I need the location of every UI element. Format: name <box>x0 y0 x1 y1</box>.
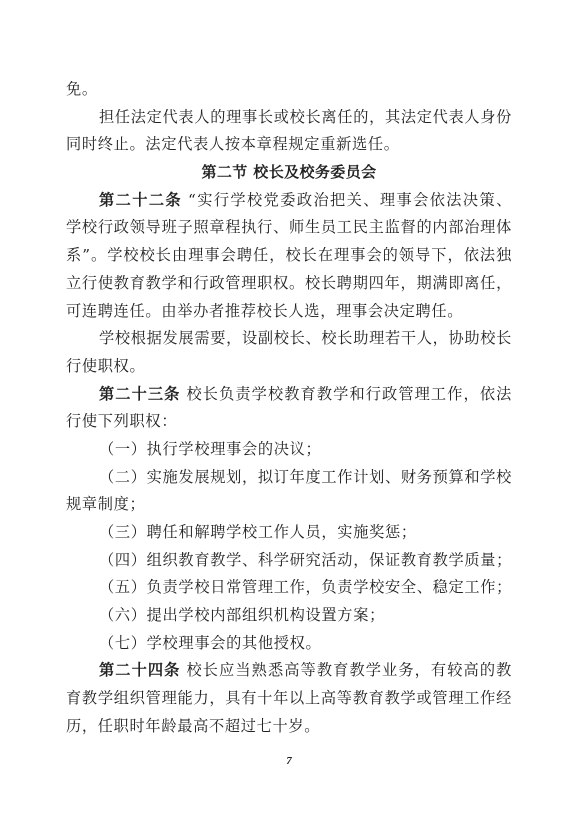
list-item-continuation: 规章制度； <box>66 491 512 519</box>
body-text: 免。 担任法定代表人的理事长或校长离任的，其法定代表人身份 同时终止。法定代表人… <box>66 76 512 741</box>
paragraph-line: 育教学组织管理能力，具有十年以上高等教育教学或管理工作经 <box>66 685 512 713</box>
paragraph-line: 历，任职时年龄最高不超过七十岁。 <box>66 713 512 741</box>
article-label: 第二十二条 <box>99 191 182 209</box>
list-item: （一）执行学校理事会的决议； <box>66 436 512 464</box>
document-page: 免。 担任法定代表人的理事长或校长离任的，其法定代表人身份 同时终止。法定代表人… <box>0 0 578 824</box>
list-item: （六）提出学校内部组织机构设置方案； <box>66 602 512 630</box>
paragraph-line: 学校根据发展需要，设副校长、校长助理若干人，协助校长 <box>66 325 512 353</box>
list-item: （三）聘任和解聘学校工作人员，实施奖惩； <box>66 519 512 547</box>
article-22-line: 第二十二条“实行学校党委政治把关、理事会依法决策、 <box>66 187 512 215</box>
page-number: 7 <box>0 755 578 767</box>
paragraph-line: 担任法定代表人的理事长或校长离任的，其法定代表人身份 <box>66 104 512 132</box>
paragraph-line: 免。 <box>66 76 512 104</box>
list-item: （五）负责学校日常管理工作，负责学校安全、稳定工作； <box>66 574 512 602</box>
article-label: 第二十三条 <box>99 385 180 403</box>
paragraph-line: 可连聘连任。由举办者推荐校长人选，理事会决定聘任。 <box>66 298 512 326</box>
paragraph-line: 行使职权。 <box>66 353 512 381</box>
paragraph-line: 系”。学校校长由理事会聘任，校长在理事会的领导下，依法独 <box>66 242 512 270</box>
paragraph-line: 同时终止。法定代表人按本章程规定重新选任。 <box>66 131 512 159</box>
article-23-line: 第二十三条校长负责学校教育教学和行政管理工作，依法 <box>66 381 512 409</box>
list-item: （四）组织教育教学、科学研究活动，保证教育教学质量； <box>66 547 512 575</box>
article-text: 校长负责学校教育教学和行政管理工作，依法 <box>186 385 512 403</box>
paragraph-line: 立行使教育教学和行政管理职权。校长聘期四年，期满即离任， <box>66 270 512 298</box>
article-24-line: 第二十四条校长应当熟悉高等教育教学业务，有较高的教 <box>66 657 512 685</box>
article-label: 第二十四条 <box>99 661 180 679</box>
list-item: （七）学校理事会的其他授权。 <box>66 630 512 658</box>
article-text: 校长应当熟悉高等教育教学业务，有较高的教 <box>186 661 512 679</box>
list-item: （二）实施发展规划，拟订年度工作计划、财务预算和学校 <box>66 464 512 492</box>
article-text: “实行学校党委政治把关、理事会依法决策、 <box>188 191 512 209</box>
section-heading: 第二节 校长及校务委员会 <box>66 159 512 187</box>
paragraph-line: 行使下列职权： <box>66 408 512 436</box>
paragraph-line: 学校行政领导班子照章程执行、师生员工民主监督的内部治理体 <box>66 214 512 242</box>
